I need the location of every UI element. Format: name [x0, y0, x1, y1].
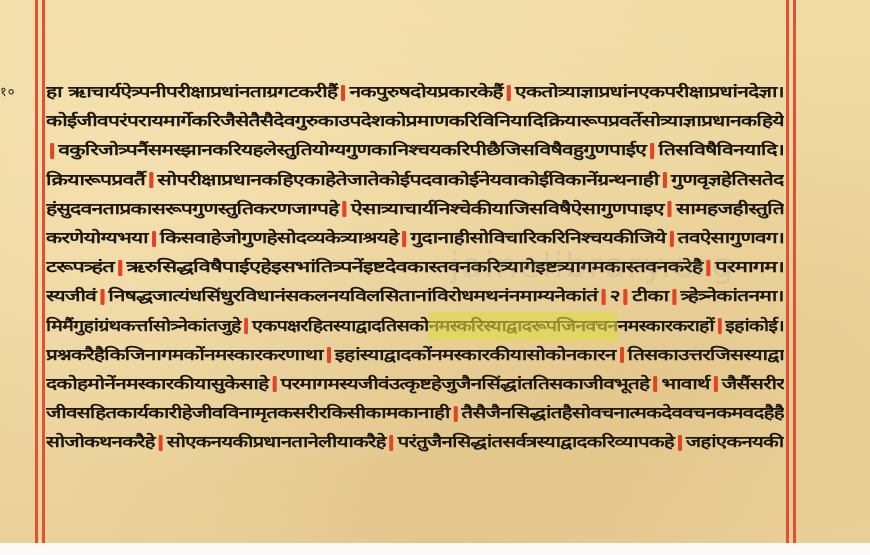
red-danda-mark — [650, 143, 654, 159]
line-text-segment: इहांस्याद्वादकोंनमस्कारकीयासोकोनकारन — [335, 341, 616, 370]
line-text-segment: टरूपत्र्हंत — [46, 253, 114, 282]
line-text-segment: जहांएकनयकी — [686, 428, 783, 457]
manuscript-line: प्रश्नकरैहैकिजिनागमकोंनमस्कारकरणाथाइहांस… — [46, 341, 784, 370]
manuscript-line: कोईजीवपरंपरायमार्गेकरिजैसेतैसैदेवगुरुकाउ… — [46, 107, 784, 136]
red-danda-mark — [707, 260, 711, 276]
line-text-segment: सामहजहीस्तुति — [676, 195, 784, 224]
yellow-correction-text: नमस्करिस्याद्वादरूपजिनवचन — [428, 312, 617, 341]
line-text-segment: एकतोत्र्याज्ञाप्रधांनएकपरीक्षाप्रधांनदेज… — [515, 78, 784, 107]
manuscript-text-block: हा ऋाचार्यऐत्र्पनीपरीक्षाप्रधांनताग्रगटक… — [46, 78, 786, 457]
manuscript-line: क्रियारूपप्रवर्तैसोपरीक्षाप्रधानकहिएकाहे… — [46, 166, 784, 195]
line-text-segment: कोईजीवपरंपरायमार्गेकरिजैसेतैसैदेवगुरुकाउ… — [46, 107, 784, 136]
line-text-segment: निषद्धजात्यंधसिंधुरविधानंसकलनयविलसितानां… — [108, 282, 597, 311]
scan-bottom-margin — [0, 543, 870, 555]
red-danda-mark — [718, 318, 722, 334]
red-danda-mark — [149, 172, 153, 188]
manuscript-line: करणेयोग्यभयाकिसवाहेजोगुणहेसोदव्यकेत्र्या… — [46, 224, 784, 253]
red-danda-mark — [343, 201, 347, 217]
line-text-segment: स्यजीवं — [46, 282, 96, 311]
line-text-segment: इहांकोई। — [725, 312, 784, 341]
manuscript-line: सोजोकथनकरैहेसोएकनयकीप्रधानतानेलीयाकरैहेप… — [46, 428, 784, 457]
red-danda-mark — [159, 435, 163, 451]
line-text-segment: किसवाहेजोगुणहेसोदव्यकेत्र्याश्रयहे — [160, 224, 399, 253]
line-text-segment: जैसैंसरीर — [722, 370, 784, 399]
line-text-segment: तिसकाउत्तरजिसस्याद्वा — [628, 341, 784, 370]
manuscript-folio: १० हा ऋाचार्यऐत्र्पनीपरीक्षाप्रधांनताग्र… — [0, 0, 870, 543]
red-danda-mark — [714, 376, 718, 392]
line-text-segment: गुणवृज्ञहेतिसतेद — [671, 166, 784, 195]
line-text-segment: प्रश्नकरैहैकिजिनागमकोंनमस्कारकरणाथा — [46, 341, 323, 370]
line-text-segment: त्र्हेत्र्नेकांतनमा। — [680, 282, 783, 311]
left-border-outer-line — [35, 0, 38, 543]
line-text-segment: हा ऋाचार्यऐत्र्पनीपरीक्षाप्रधांनताग्रगटक… — [46, 78, 337, 107]
red-danda-mark — [152, 231, 156, 247]
manuscript-line: हंसुदवनताप्रकासरूपगुणस्तुतिकरणजाग्पहेऐसा… — [46, 195, 784, 224]
line-text-segment: ऋरुसिद्धविषैपाईएहे — [127, 253, 271, 282]
line-text-segment: सोपरीक्षाप्रधानकहिएकाहेतेजातेकोईपदवाकोईन… — [157, 166, 658, 195]
red-danda-mark — [327, 347, 331, 363]
line-text-segment: नकपुरुषदोयप्रकारकेहैं — [350, 78, 503, 107]
line-text-segment: परमागमस्यजीवंउत्कृष्टहेजुजैनसिंद्धांततिस… — [281, 370, 650, 399]
line-text-segment: सोएकनयकीप्रधानतानेलीयाकरैहे — [167, 428, 386, 457]
manuscript-line: स्यजीवंनिषद्धजात्यंधसिंधुरविधानंसकलनयविल… — [46, 282, 784, 311]
line-text-segment: एकपक्षरहितस्याद्वादतिसको — [252, 312, 428, 341]
line-text-segment: २ — [610, 282, 620, 311]
line-text-segment: करणेयोग्यभया — [46, 224, 148, 253]
manuscript-line: वकुरिजोत्र्पनैंसमस्झानकरियहलेस्तुतियोग्य… — [46, 136, 784, 165]
line-text-segment: दकोहमोनेंनमस्कारकीयासुकेसाहे — [46, 370, 268, 399]
manuscript-line: दकोहमोनेंनमस्कारकीयासुकेसाहेपरमागमस्यजीव… — [46, 370, 784, 399]
manuscript-line: मिमैंगुहांग्रंथकर्त्तासोत्र्नेकांतजुहेएक… — [46, 312, 784, 341]
red-danda-mark — [670, 231, 674, 247]
red-danda-mark — [50, 143, 54, 159]
red-danda-mark — [454, 406, 458, 422]
right-border-outer-line — [793, 0, 796, 543]
line-text-segment: तैसैजैनसिद्धांतहैसोवचनात्मकदेववचनकमवदहैह… — [461, 399, 784, 428]
folio-number: १० — [0, 82, 16, 100]
line-text-segment: मिमैंगुहांग्रंथकर्त्तासोत्र्नेकांतजुहे — [46, 312, 241, 341]
red-danda-mark — [678, 435, 682, 451]
red-danda-mark — [663, 172, 667, 188]
line-text-segment: जाग्पहे — [291, 195, 338, 224]
red-danda-mark — [118, 260, 122, 276]
line-text-segment: इसभांतित्र्पनेंइष्टदेवकास्तवनकरित्र्यागे… — [271, 253, 702, 282]
red-danda-mark — [672, 289, 676, 305]
red-danda-mark — [245, 318, 249, 334]
red-danda-mark — [100, 289, 104, 305]
red-danda-mark — [653, 376, 657, 392]
manuscript-line: टरूपत्र्हंतऋरुसिद्धविषैपाईएहेइसभांतित्र्… — [46, 253, 784, 282]
line-text-segment: हंसुदवनताप्रकासरूपगुणस्तुतिकरण — [46, 195, 291, 224]
line-text-segment: जीवसहितकार्यकारीहेजीवविनामृतकसरीरकिसीकाम… — [46, 399, 450, 428]
line-text-segment: वकुरिजोत्र्पनैंसमस्झानकरियहलेस्तुतियोग्य… — [58, 136, 646, 165]
line-text-segment: भावार्थ — [661, 370, 709, 399]
line-text-segment: क्रियारूपप्रवर्तै — [46, 166, 145, 195]
left-border-inner-line — [42, 0, 45, 543]
manuscript-line: जीवसहितकार्यकारीहेजीवविनामृतकसरीरकिसीकाम… — [46, 399, 784, 428]
line-text-segment: परमागम। — [715, 253, 784, 282]
red-danda-mark — [390, 435, 394, 451]
line-text-segment: नमस्कारकराहों — [617, 312, 713, 341]
line-text-segment: टीका — [632, 282, 668, 311]
red-danda-mark — [601, 289, 605, 305]
line-text-segment: गुदानाहीसोविचारिकरिनिश्चयकीजिये — [410, 224, 665, 253]
manuscript-line: हा ऋाचार्यऐत्र्पनीपरीक्षाप्रधांनताग्रगटक… — [46, 78, 784, 107]
line-text-segment: परंतुजैनसिद्धांतसर्वत्रस्याद्वादकरिव्याप… — [398, 428, 674, 457]
right-border-inner-line — [786, 0, 789, 543]
red-danda-mark — [341, 85, 345, 101]
red-danda-mark — [403, 231, 407, 247]
red-danda-mark — [624, 289, 628, 305]
red-danda-mark — [620, 347, 624, 363]
line-text-segment: तवऐसागुणवग। — [678, 224, 784, 253]
line-text-segment: सोजोकथनकरैहे — [46, 428, 155, 457]
red-danda-mark — [272, 376, 276, 392]
red-danda-mark — [668, 201, 672, 217]
red-danda-mark — [507, 85, 511, 101]
line-text-segment: तिसविषैविनयादि। — [658, 136, 784, 165]
line-text-segment: ऐसात्र्याचार्यनिश्चेकीयाजिसविषैऐसागुणपाइ… — [351, 195, 664, 224]
